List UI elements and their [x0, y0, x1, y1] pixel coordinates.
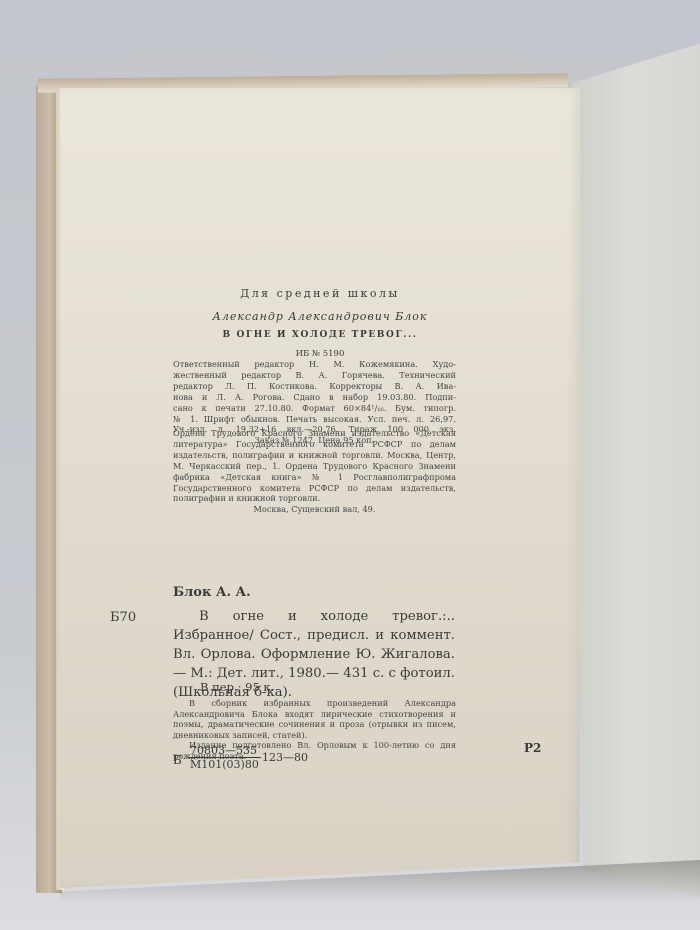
author-full-name: Александр Александрович Блок [170, 310, 470, 323]
series-label: Для средней школы [170, 287, 470, 300]
publisher-text: Ордена Трудового Красного Знамени издате… [173, 428, 456, 503]
book-title: В ОГНЕ И ХОЛОДЕ ТРЕВОГ... [170, 330, 470, 340]
catalog-price: В пер.: 95 к. [200, 680, 274, 694]
bbk-letter: Б [173, 753, 182, 767]
publisher-address: Москва, Сущевский вал, 49. [173, 504, 456, 515]
bbk-numerator: 70803—535 [188, 744, 261, 758]
publisher-block: Ордена Трудового Красного Знамени издате… [173, 428, 456, 515]
imprint-line: № 1. Шрифт обыкнов. Печать высокая. Усл.… [173, 414, 456, 425]
imprint-line: жественный редактор В. А. Горячева. Техн… [173, 370, 456, 381]
catalog-author-heading: Блок А. А. [173, 585, 251, 600]
classification-code: Р2 [524, 741, 541, 755]
imprint-line: редактор Л. П. Костикова. Корректоры В. … [173, 381, 456, 392]
imprint-line: Ответственный редактор Н. М. Кожемякина.… [173, 359, 456, 370]
imprint-line: сано к печати 27.10.80. Формат 60×84¹/₁₆… [173, 403, 456, 414]
bbk-tail: 123—80 [262, 751, 308, 764]
annotation-paragraph: В сборник избранных произведений Алексан… [173, 698, 456, 740]
imprint-line: нова и Л. А. Рогова. Сдано в набор 19.03… [173, 392, 456, 403]
bbk-fraction: 70803—535 М101(03)80 [188, 744, 261, 771]
catalog-code: Б70 [110, 610, 136, 625]
bbk-denominator: М101(03)80 [188, 758, 261, 771]
right-page [572, 40, 700, 900]
ib-number: ИБ № 5190 [170, 349, 470, 359]
